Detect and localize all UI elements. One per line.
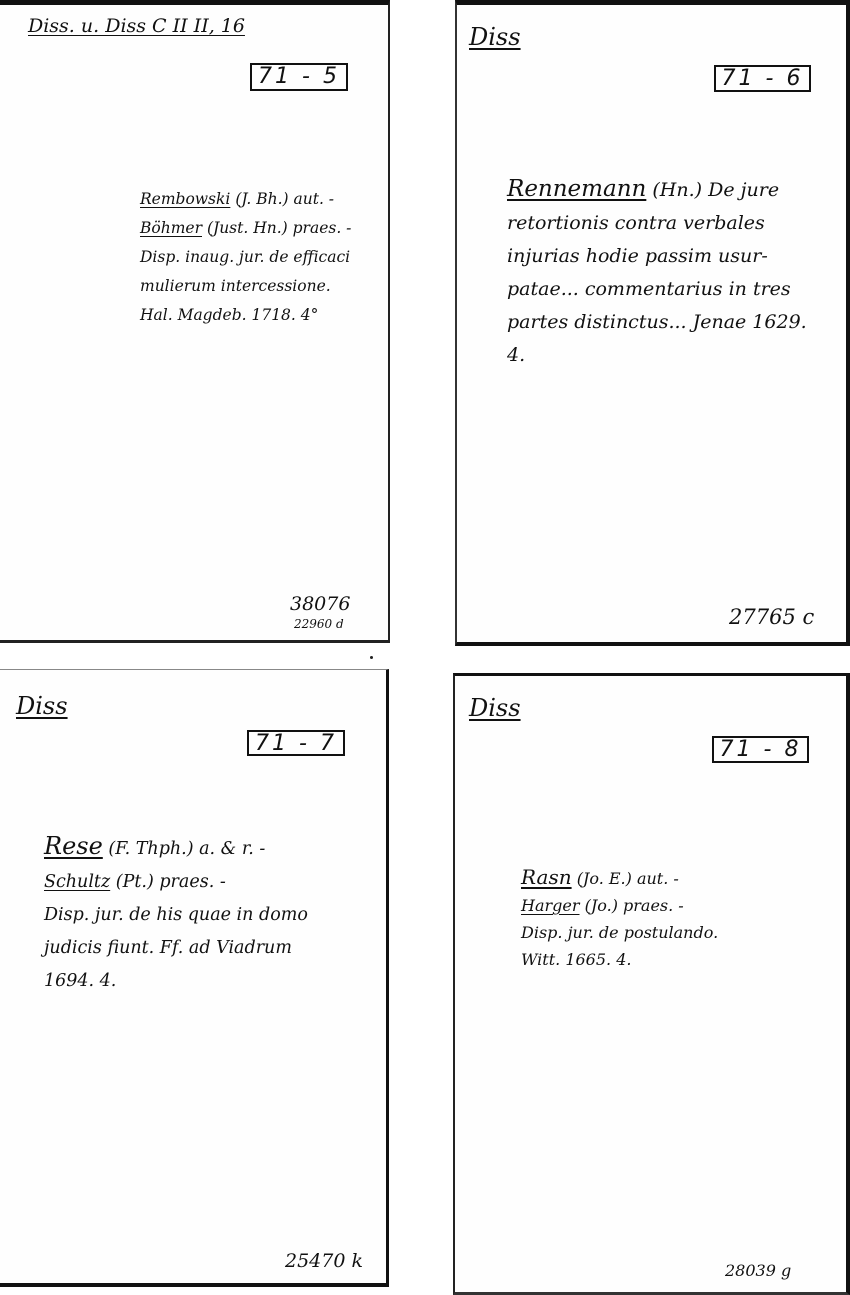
- praeses-name: Harger: [521, 896, 580, 915]
- catalog-entry: Rasn (Jo. E.) aut. - Harger (Jo.) praes.…: [521, 864, 718, 973]
- praeses-details: (Jo.) praes. -: [585, 896, 684, 915]
- catalog-entry: Rembowski (J. Bh.) aut. - Böhmer (Just. …: [140, 185, 351, 330]
- praeses-details: (Pt.) praes. -: [116, 872, 226, 892]
- call-number-box: 71 - 5: [250, 63, 348, 91]
- title-line: injurias hodie passim usur-: [507, 240, 807, 273]
- accession-number: 28039 g: [725, 1261, 791, 1280]
- accession-number-secondary: 22960 d: [294, 617, 344, 631]
- imprint-line: partes distinctus... Jenae 1629.: [507, 306, 807, 339]
- accession-number: 38076: [290, 593, 350, 615]
- shelf-mark-text: Diss: [16, 692, 68, 720]
- catalog-card-71-8: Diss 71 - 8 Rasn (Jo. E.) aut. - Harger …: [453, 673, 850, 1295]
- call-number-box: 71 - 7: [247, 730, 345, 756]
- author-name: Rasn: [521, 865, 572, 889]
- catalog-entry: Rese (F. Thph.) a. & r. - Schultz (Pt.) …: [44, 830, 308, 998]
- shelf-mark: Diss. u. Diss C II II, 16: [28, 15, 245, 37]
- catalog-entry: Rennemann (Hn.) De jure retortionis cont…: [507, 173, 807, 372]
- call-number-box: 71 - 6: [714, 65, 811, 92]
- imprint-line: Witt. 1665. 4.: [521, 946, 718, 973]
- praeses-line: Harger (Jo.) praes. -: [521, 892, 718, 919]
- author-details: (F. Thph.) a. & r. -: [108, 839, 265, 859]
- praeses-line: Schultz (Pt.) praes. -: [44, 866, 308, 899]
- specks: [370, 656, 373, 659]
- author-name: Rese: [44, 832, 103, 860]
- title-line: Disp. jur. de his quae in domo: [44, 899, 308, 932]
- shelf-mark-text: Diss: [469, 694, 521, 722]
- shelf-mark: Diss: [469, 23, 521, 51]
- title-line: retortionis contra verbales: [507, 207, 807, 240]
- title-line: Disp. jur. de postulando.: [521, 919, 718, 946]
- author-name: Rennemann: [507, 176, 646, 202]
- format-line: 1694. 4.: [44, 965, 308, 998]
- praeses-details: (Just. Hn.) praes. -: [207, 219, 351, 237]
- author-line: Rese (F. Thph.) a. & r. -: [44, 830, 308, 866]
- format-line: 4.: [507, 339, 807, 372]
- catalog-card-71-6: Diss 71 - 6 Rennemann (Hn.) De jure reto…: [455, 0, 850, 646]
- praeses-name: Schultz: [44, 872, 110, 892]
- title-line: mulierum intercessione.: [140, 272, 351, 301]
- author-line: Rembowski (J. Bh.) aut. -: [140, 185, 351, 214]
- shelf-mark: Diss: [16, 692, 68, 720]
- author-line: Rasn (Jo. E.) aut. -: [521, 864, 718, 892]
- author-name: Rembowski: [140, 190, 230, 208]
- praeses-name: Böhmer: [140, 219, 202, 237]
- shelf-mark-text: Diss. u. Diss C II II, 16: [28, 15, 245, 37]
- shelf-mark: Diss: [469, 694, 521, 722]
- catalog-card-71-7: Diss 71 - 7 Rese (F. Thph.) a. & r. - Sc…: [0, 669, 389, 1287]
- praeses-line: Böhmer (Just. Hn.) praes. -: [140, 214, 351, 243]
- accession-number: 27765 c: [729, 605, 814, 629]
- author-details: (Hn.) De jure: [652, 179, 779, 201]
- imprint-line: Hal. Magdeb. 1718. 4°: [140, 301, 351, 330]
- catalog-card-71-5: Diss. u. Diss C II II, 16 71 - 5 Rembows…: [0, 0, 390, 643]
- call-number-box: 71 - 8: [712, 736, 809, 763]
- accession-number: 25470 k: [285, 1250, 363, 1272]
- imprint-line: judicis fiunt. Ff. ad Viadrum: [44, 932, 308, 965]
- author-details: (J. Bh.) aut. -: [235, 190, 334, 208]
- title-line: Disp. inaug. jur. de efficaci: [140, 243, 351, 272]
- author-line: Rennemann (Hn.) De jure: [507, 173, 807, 207]
- author-details: (Jo. E.) aut. -: [577, 869, 679, 888]
- title-line: patae... commentarius in tres: [507, 273, 807, 306]
- shelf-mark-text: Diss: [469, 23, 521, 51]
